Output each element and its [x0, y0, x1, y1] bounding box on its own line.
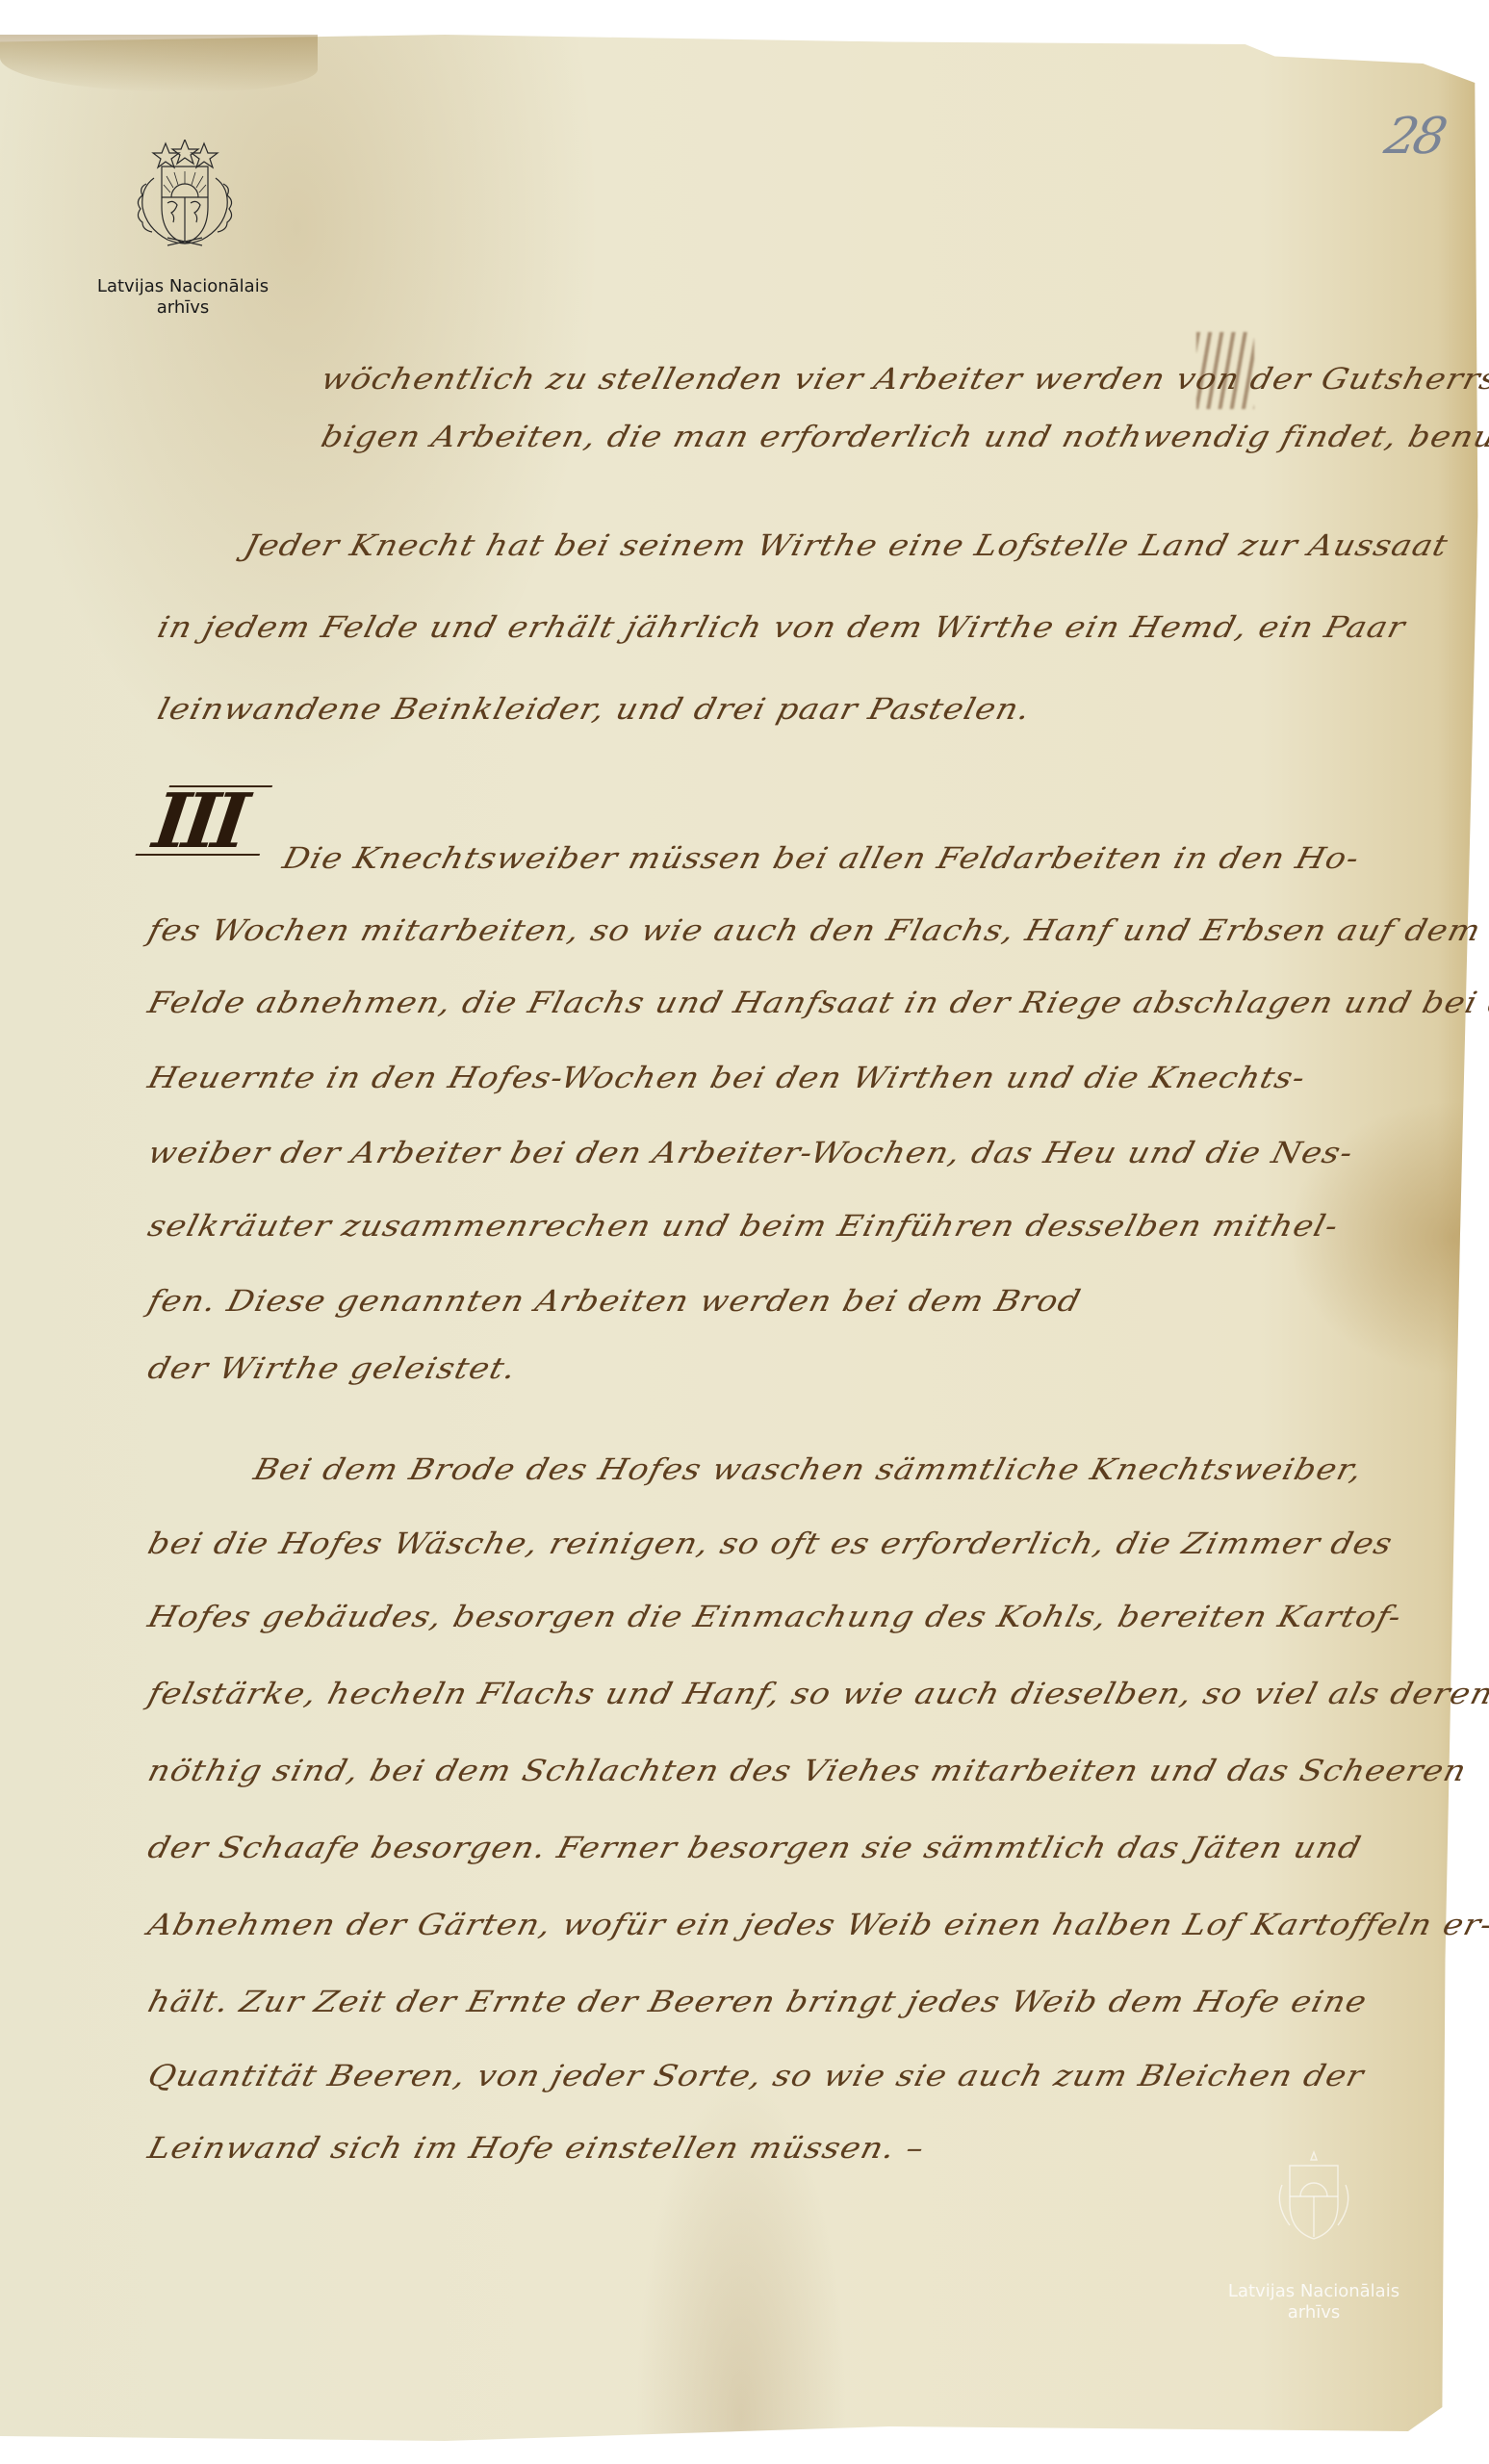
manuscript-line-11: selkräuter zusammenrechen und beim Einfü…	[144, 1209, 1343, 1244]
manuscript-line-22: Quantität Beeren, von jeder Sorte, so wi…	[144, 2059, 1368, 2093]
manuscript-line-4: in jedem Felde und erhält jährlich von d…	[154, 610, 1409, 645]
manuscript-line-1: wöchentlich zu stellenden vier Arbeiter …	[318, 362, 1489, 397]
archive-name-line2: arhīvs	[91, 297, 274, 319]
manuscript-line-6: Die Knechtsweiber müssen bei allen Felda…	[279, 841, 1363, 876]
manuscript-line-9: Heuernte in den Hofes-Wochen bei den Wir…	[144, 1061, 1310, 1095]
manuscript-line-12: fen. Diese genannten Arbeiten werden bei…	[144, 1284, 1085, 1319]
manuscript-line-3: Jeder Knecht hat bei seinem Wirthe eine …	[241, 528, 1451, 563]
latvian-coat-of-arms-icon	[1271, 2146, 1357, 2243]
manuscript-line-5: leinwandene Beinkleider, und drei paar P…	[154, 692, 1035, 727]
manuscript-line-19: der Schaafe besorgen. Ferner besorgen si…	[144, 1831, 1365, 1865]
manuscript-line-16: Hofes gebäudes, besorgen die Einmachung …	[144, 1600, 1405, 1634]
manuscript-line-13: der Wirthe geleistet.	[144, 1351, 521, 1386]
manuscript-line-8: Felde abnehmen, die Flachs und Hanfsaat …	[144, 986, 1489, 1020]
manuscript-line-2: bigen Arbeiten, die man erforderlich und…	[318, 420, 1489, 454]
manuscript-line-17: felstärke, hecheln Flachs und Hanf, so w…	[144, 1677, 1489, 1711]
manuscript-line-20: Abnehmen der Gärten, wofür ein jedes Wei…	[144, 1908, 1489, 1942]
manuscript-line-14: Bei dem Brode des Hofes waschen sämmtlic…	[250, 1452, 1367, 1487]
archive-watermark: Latvijas Nacionālais arhīvs	[1203, 2146, 1425, 2323]
watermark-line1: Latvijas Nacionālais	[1203, 2281, 1425, 2302]
archive-logo: Latvijas Nacionālais arhīvs	[91, 140, 274, 319]
manuscript-line-18: nöthig sind, bei dem Schlachten des Vieh…	[144, 1754, 1471, 1788]
manuscript-line-10: weiber der Arbeiter bei den Arbeiter-Woc…	[144, 1136, 1357, 1170]
manuscript-line-7: fes Wochen mitarbeiten, so wie auch den …	[144, 913, 1485, 948]
latvian-coat-of-arms-icon	[125, 140, 241, 255]
manuscript-line-15: bei die Hofes Wäsche, reinigen, so oft e…	[144, 1527, 1397, 1561]
manuscript-line-23: Leinwand sich im Hofe einstellen müssen.…	[144, 2131, 929, 2166]
watermark-line2: arhīvs	[1203, 2302, 1425, 2323]
archive-name-line1: Latvijas Nacionālais	[91, 276, 274, 297]
manuscript-line-21: hält. Zur Zeit der Ernte der Beeren brin…	[144, 1985, 1371, 2019]
